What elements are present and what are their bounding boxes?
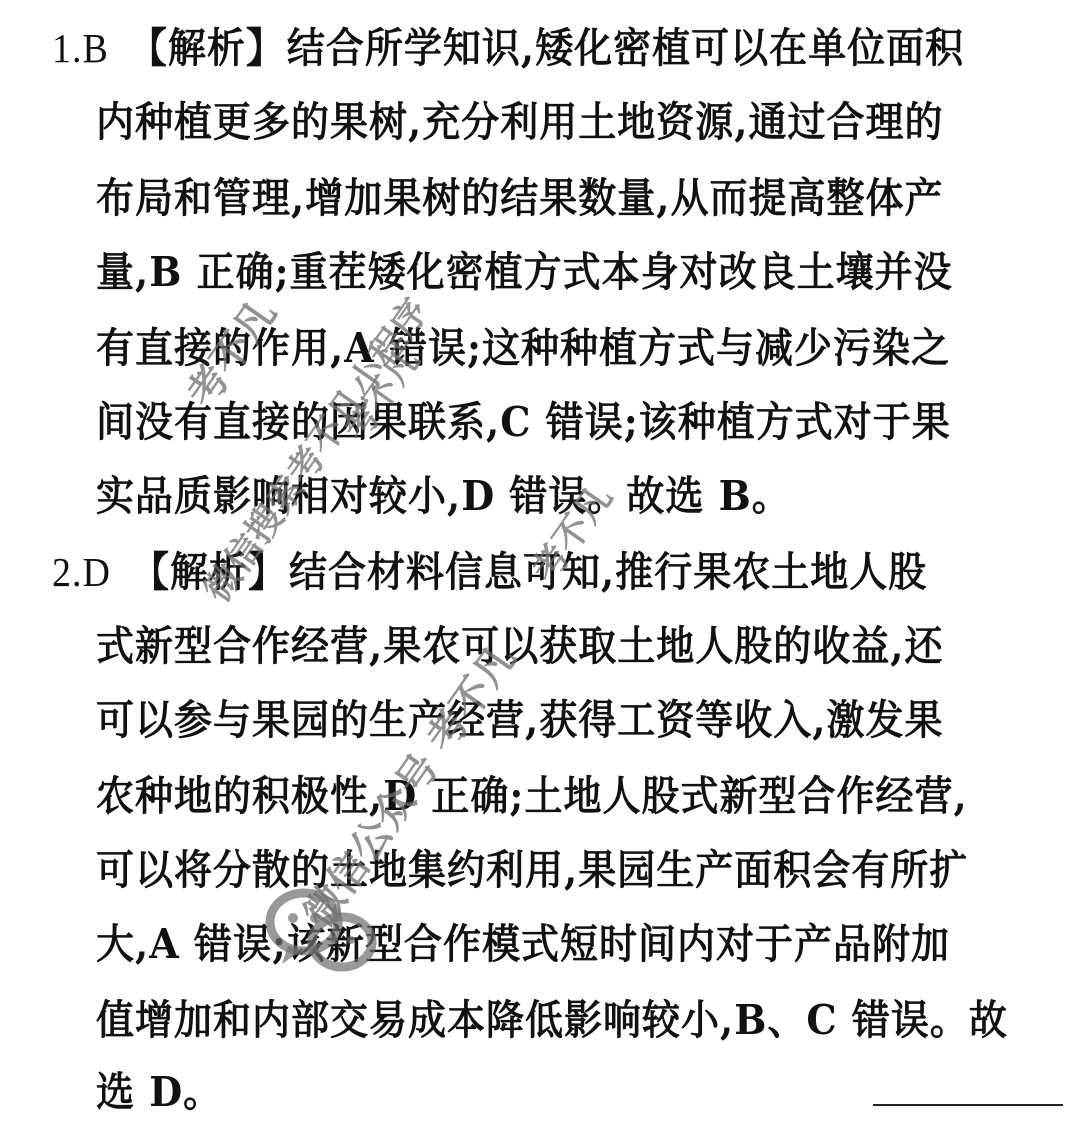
item-1-analysis-tag: 【解析】 — [129, 24, 285, 72]
item-2-line-7: 值增加和内部交易成本降低影响较小,B、C 错误。故 — [96, 988, 1008, 1053]
item-2-line-8: 选 D。 — [96, 1060, 222, 1125]
item-2-line-4: 农种地的积极性,D 正确;土地人股式新型合作经营, — [96, 764, 968, 829]
item-2-line-3: 可以参与果园的生产经营,获得工资等收入,激发果 — [96, 688, 943, 753]
item-1-line-6: 间没有直接的因果联系,C 错误;该种植方式对于果 — [96, 390, 951, 455]
item-1-number: 1.B — [52, 17, 109, 82]
item-1-line-7: 实品质影响相对较小,D 错误。故选 B。 — [96, 464, 791, 529]
item-2-text: 结合材料信息可知,推行果农土地人股 — [289, 547, 927, 596]
item-2-line-5: 可以将分散的土地集约利用,果园生产面积会有所扩 — [96, 838, 968, 903]
item-1-line-3: 布局和管理,增加果树的结果数量,从而提高整体产 — [96, 166, 943, 231]
item-2-line-1: 2.D【解析】结合材料信息可知,推行果农土地人股 — [52, 540, 927, 605]
item-1-text: 结合所学知识,矮化密植可以在单位面积 — [287, 23, 964, 72]
item-1-line-4: 量,B 正确;重茬矮化密植方式本身对改良土壤并没 — [96, 240, 953, 305]
item-2-number: 2.D — [52, 541, 111, 606]
item-1-line-5: 有直接的作用,A 错误;这种种植方式与减少污染之 — [96, 316, 950, 381]
end-rule-divider — [873, 1104, 1063, 1106]
item-1-line-1: 1.B【解析】结合所学知识,矮化密植可以在单位面积 — [52, 16, 964, 81]
answer-explanation-page: 1.B【解析】结合所学知识,矮化密植可以在单位面积 内种植更多的果树,充分利用土… — [0, 0, 1067, 1130]
item-2-line-2: 式新型合作经营,果农可以获取土地人股的收益,还 — [96, 614, 943, 679]
item-2-analysis-tag: 【解析】 — [131, 548, 287, 596]
item-1-line-2: 内种植更多的果树,充分利用土地资源,通过合理的 — [96, 90, 943, 155]
item-2-line-6: 大,A 错误;该新型合作模式短时间内对于产品附加 — [96, 912, 950, 977]
